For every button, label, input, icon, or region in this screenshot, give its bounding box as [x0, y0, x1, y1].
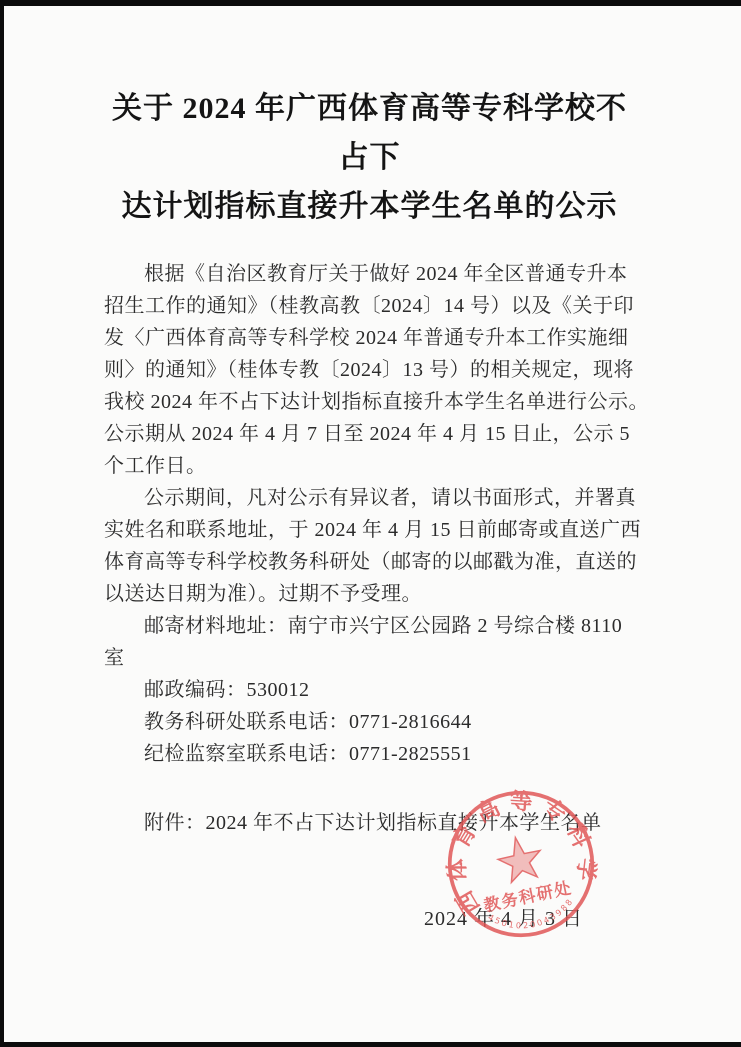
document-body: 根据《自治区教育厅关于做好 2024 年全区普通专升本招生工作的通知》（桂教高教… [104, 258, 635, 770]
body-line: 招生工作的通知》（桂教高教〔2024〕14 号）以及《关于印 [104, 290, 635, 322]
document-page: 关于 2024 年广西体育高等专科学校不占下 达计划指标直接升本学生名单的公示 … [0, 0, 741, 1047]
document-content: 关于 2024 年广西体育高等专科学校不占下 达计划指标直接升本学生名单的公示 … [0, 0, 741, 935]
body-line: 纪检监察室联系电话：0771-2825551 [104, 738, 635, 770]
body-line: 实姓名和联系地址，于 2024 年 4 月 15 日前邮寄或直送广西 [104, 514, 635, 546]
body-line: 室 [104, 642, 635, 674]
body-line: 发〈广西体育高等专科学校 2024 年普通专升本工作实施细 [104, 322, 635, 354]
document-date: 2024 年 4 月 3 日 [104, 903, 635, 935]
title-line-1: 关于 2024 年广西体育高等专科学校不占下 [104, 84, 635, 182]
body-line: 体育高等专科学校教务科研处（邮寄的以邮戳为准，直送的 [104, 546, 635, 578]
body-line: 公示期从 2024 年 4 月 7 日至 2024 年 4 月 15 日止，公示… [104, 418, 635, 450]
body-line: 以送达日期为准）。过期不予受理。 [104, 578, 635, 610]
body-line: 公示期间，凡对公示有异议者，请以书面形式，并署真 [104, 482, 635, 514]
body-line: 根据《自治区教育厅关于做好 2024 年全区普通专升本 [104, 258, 635, 290]
title-line-2: 达计划指标直接升本学生名单的公示 [104, 182, 635, 231]
body-line: 我校 2024 年不占下达计划指标直接升本学生名单进行公示。 [104, 386, 635, 418]
document-title: 关于 2024 年广西体育高等专科学校不占下 达计划指标直接升本学生名单的公示 [104, 84, 635, 231]
body-line: 则〉的通知》（桂体专教〔2024〕13 号）的相关规定，现将 [104, 354, 635, 386]
attachment-line: 附件：2024 年不占下达计划指标直接升本学生名单 [104, 807, 635, 839]
scan-border-left [0, 0, 4, 1047]
body-line: 个工作日。 [104, 450, 635, 482]
scan-border-top [0, 0, 741, 6]
body-line: 邮政编码：530012 [104, 674, 635, 706]
body-line: 教务科研处联系电话：0771-2816644 [104, 706, 635, 738]
scan-border-bottom [0, 1042, 741, 1047]
body-line: 邮寄材料地址：南宁市兴宁区公园路 2 号综合楼 8110 [104, 610, 635, 642]
